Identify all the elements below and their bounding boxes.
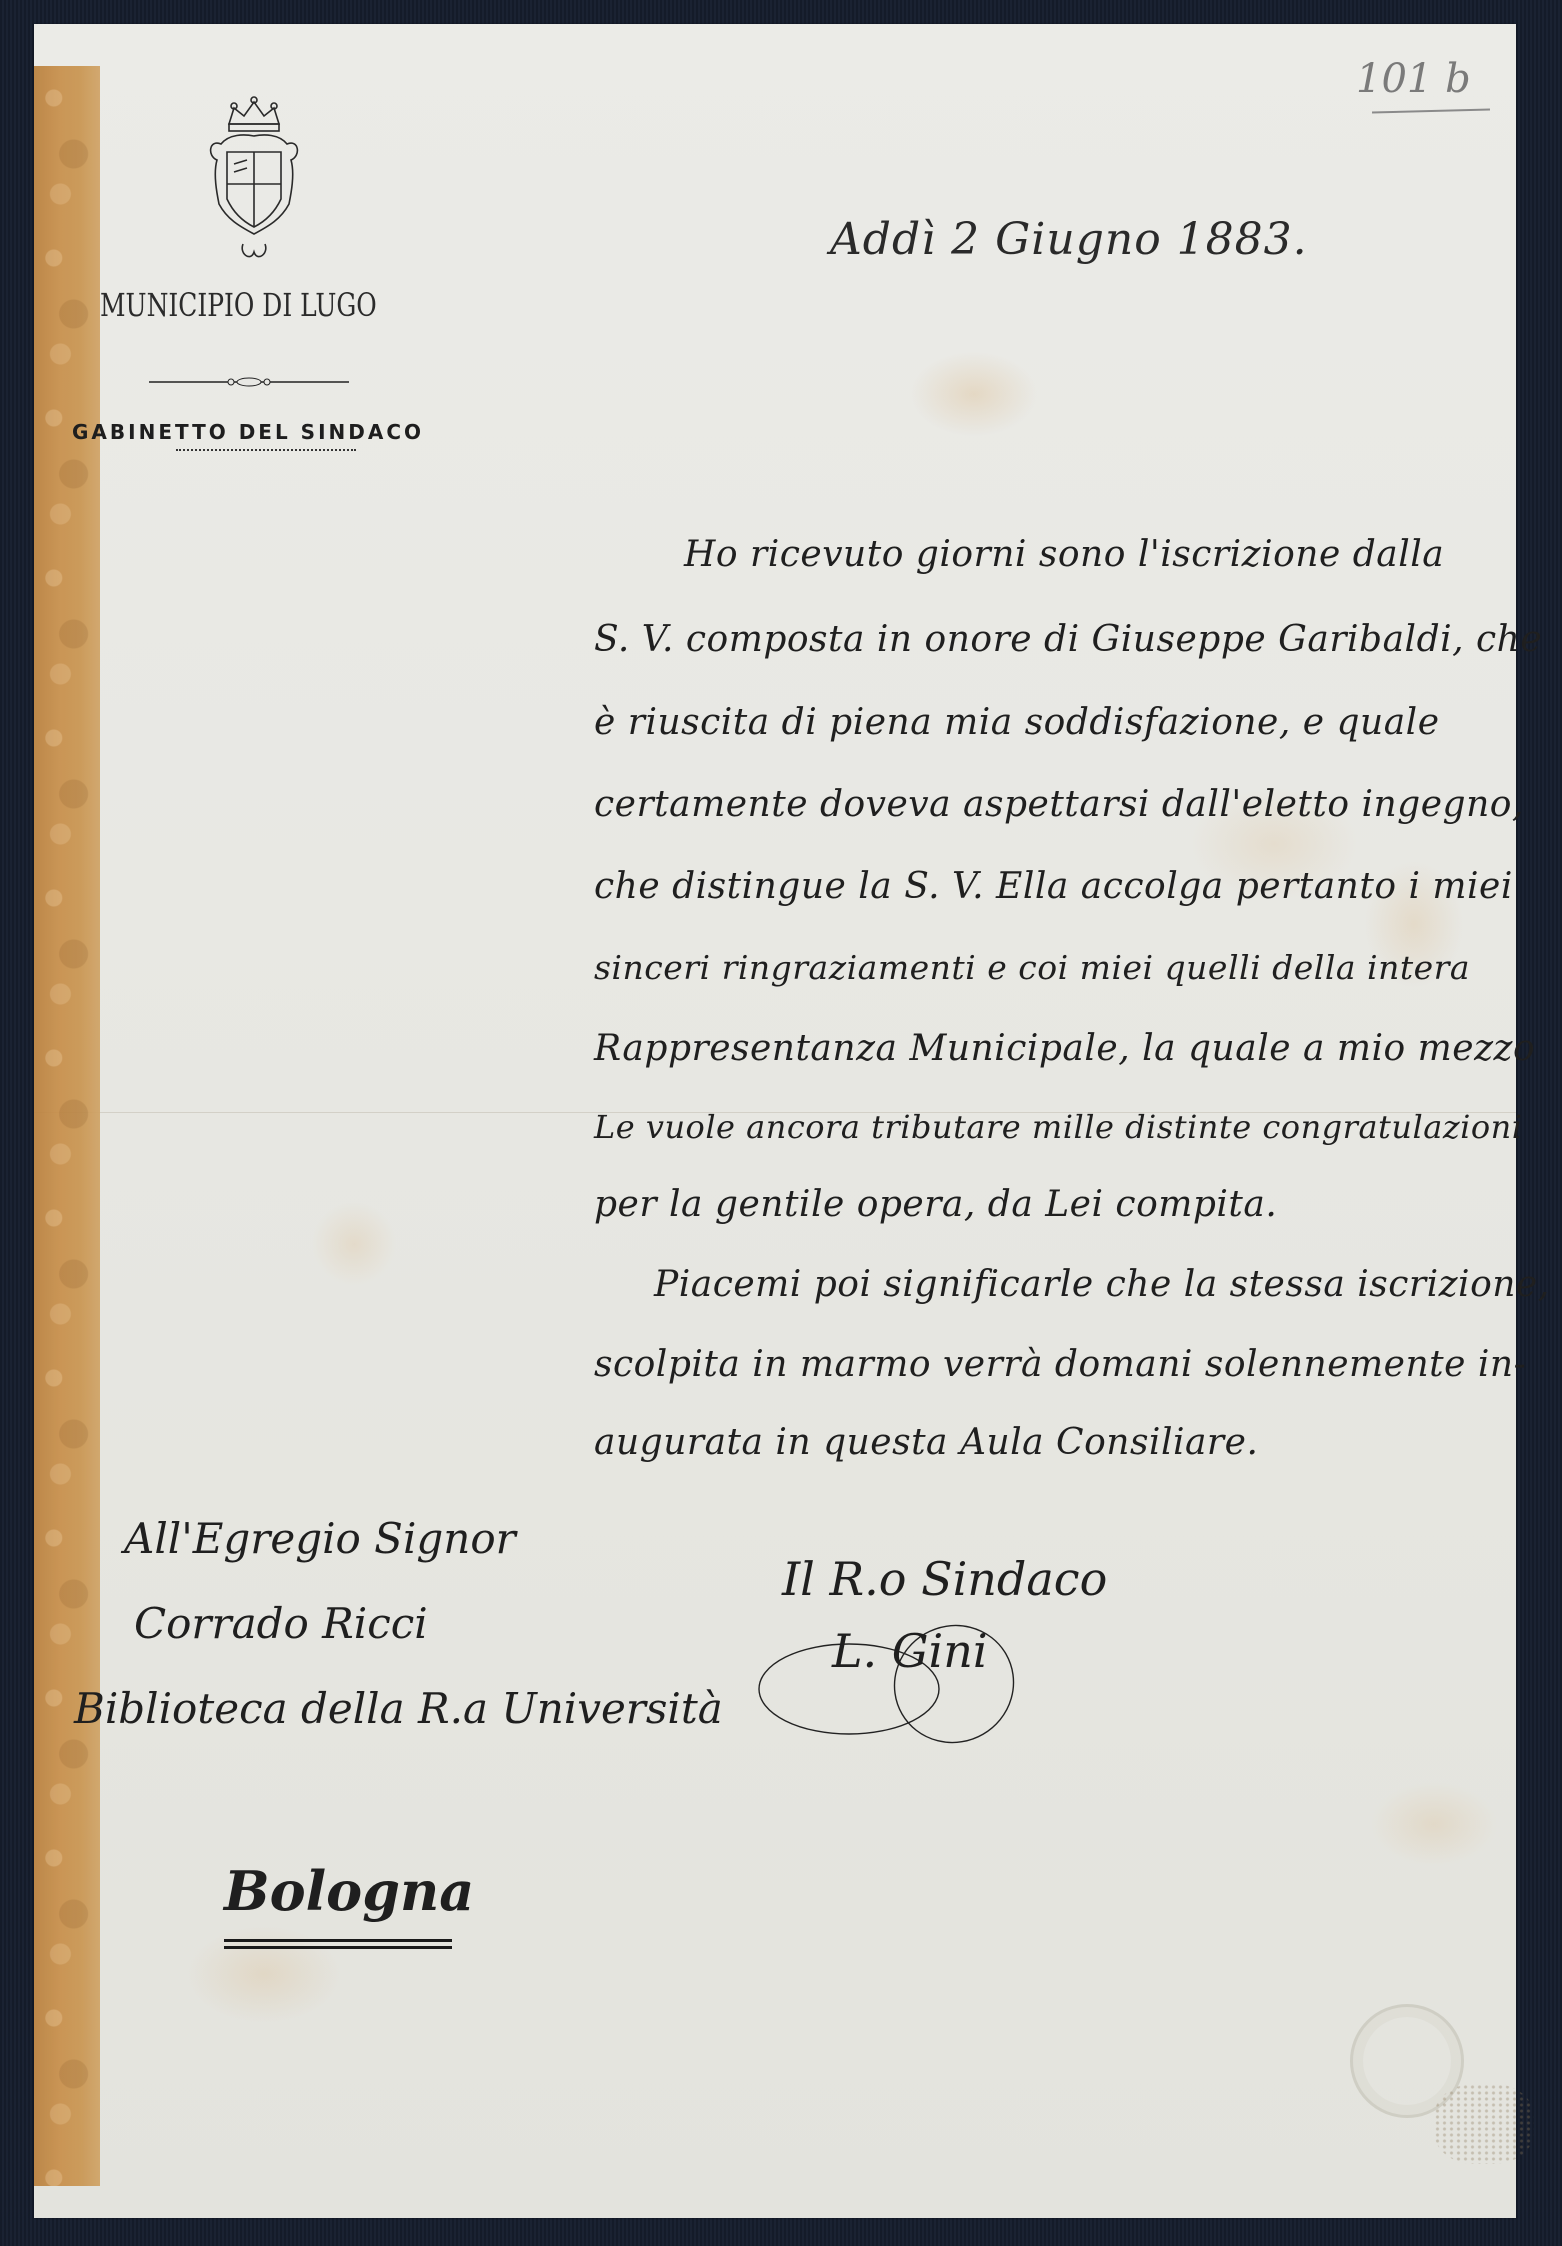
catalog-underline	[1372, 108, 1490, 113]
foxing-speckle	[1434, 2084, 1534, 2164]
body-line: certamente doveva aspettarsi dall'eletto…	[594, 784, 1524, 825]
letter-page: 101 b MUNICIPIO DI LUGO GABINETTO DEL SI…	[34, 24, 1516, 2218]
body-line: per la gentile opera, da Lei compita.	[594, 1184, 1277, 1225]
body-line: è riuscita di piena mia soddisfazione, e…	[594, 702, 1440, 743]
body-line: che distingue la S. V. Ella accolga pert…	[594, 866, 1513, 907]
ornamental-divider	[149, 376, 349, 388]
adhesive-tape-strip	[34, 66, 100, 2186]
catalog-number: 101 b	[1356, 56, 1471, 102]
body-line: Ho ricevuto giorni sono l'iscrizione dal…	[684, 534, 1444, 575]
address-line: Biblioteca della R.a Università	[74, 1684, 723, 1733]
destination-underline	[224, 1939, 452, 1949]
body-line: augurata in questa Aula Consiliare.	[594, 1422, 1258, 1463]
municipality-heading: MUNICIPIO DI LUGO	[100, 286, 373, 324]
coat-of-arms-icon	[199, 94, 309, 274]
body-line: scolpita in marmo verrà domani solenneme…	[594, 1344, 1526, 1385]
body-line: sinceri ringraziamenti e coi miei quelli…	[594, 948, 1470, 987]
office-heading: GABINETTO DEL SINDACO	[72, 420, 424, 444]
date-line: Addì 2 Giugno 1883.	[830, 214, 1308, 265]
destination-city: Bologna	[224, 1859, 474, 1923]
dotted-divider	[176, 449, 356, 451]
address-line: Corrado Ricci	[134, 1599, 428, 1648]
body-line: Piacemi poi significarle che la stessa i…	[654, 1264, 1550, 1305]
body-line: Rappresentanza Municipale, la quale a mi…	[594, 1028, 1535, 1069]
address-line: All'Egregio Signor	[124, 1514, 516, 1563]
body-line: S. V. composta in onore di Giuseppe Gari…	[594, 619, 1542, 660]
signature: L. Gini	[832, 1624, 988, 1678]
body-line: Le vuole ancora tributare mille distinte…	[594, 1108, 1523, 1146]
